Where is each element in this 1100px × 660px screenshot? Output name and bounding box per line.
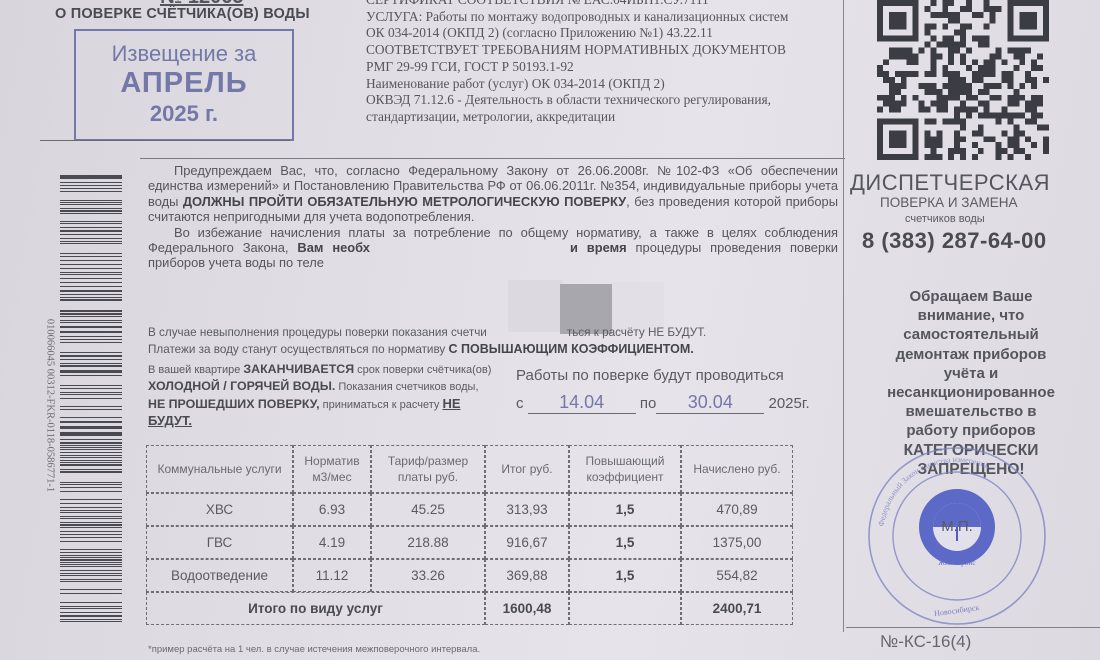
schedule-dates: с 14.04 по30.04 2025г.	[516, 392, 810, 414]
col-header: Начислено руб.	[681, 445, 793, 493]
cell-coefficient: 1,5	[569, 559, 681, 592]
qr-code-icon	[876, 0, 1050, 160]
col-header: Норматив м3/мес	[293, 445, 371, 493]
certificate-line: Наименование работ (услуг) ОК 034-2014 (…	[366, 76, 836, 93]
total-label: Итого по виду услуг	[146, 592, 485, 625]
dispatch-title: ДИСПЕТЧЕРСКАЯ	[850, 170, 1070, 196]
dispatch-subtitle: ПОВЕРКА И ЗАМЕНА	[880, 195, 1017, 210]
notice-emphasis: и время	[570, 240, 627, 255]
legal-notice: Предупреждаем Вас, что, согласно Федерал…	[148, 163, 838, 271]
cell-tariff: 218.88	[371, 526, 485, 559]
dispatch-subtitle-2: счетчиков воды	[905, 213, 985, 225]
warning-line: учёта и	[846, 364, 1096, 383]
schedule-year: 2025г.	[768, 395, 809, 412]
table-row: ГВС 4.19 218.88 916,67 1,5 1375,00	[146, 526, 793, 559]
notice-emphasis: НЕ ПРОШЕДШИХ ПОВЕРКУ,	[148, 397, 320, 411]
cell-charged: 554,82	[681, 559, 793, 592]
notice-text: срок поверки счётчика(ов)	[354, 364, 491, 376]
barcode-icon	[60, 175, 122, 625]
official-stamp-icon: ЖилСервис М.П. Федеральный Закон единств…	[866, 445, 1048, 627]
warning-line: Обращаем Ваше	[846, 287, 1096, 306]
col-header: Итог руб.	[485, 445, 569, 493]
certificate-line: стандартизации, метрологии, аккредитации	[366, 109, 836, 126]
notice-document: № 12065 О ПОВЕРКЕ СЧЁТЧИКА(ОВ) ВОДЫ Изве…	[0, 0, 1100, 660]
divider	[846, 627, 1100, 628]
table-header-row: Коммунальные услуги Норматив м3/мес Тари…	[146, 445, 793, 493]
dispatch-phone[interactable]: 8 (383) 287-64-00	[862, 228, 1047, 254]
certificate-line: ОК 034-2014 (ОКПД 2) (согласно Приложени…	[366, 25, 836, 42]
notice-period-box: Извещение за АПРЕЛЬ 2025 г.	[74, 29, 294, 141]
cell-service: Водоотведение	[146, 559, 293, 592]
schedule-label: Работы по поверке будут проводиться	[516, 367, 784, 384]
notice-text: В вашей квартире	[148, 364, 243, 376]
stamp-center: М.П.	[941, 518, 973, 535]
barcode-number: 010066045 00312-FKR-0118-0586771-1	[45, 286, 56, 526]
certificate-block: СЕРТИФИКАТ СООТВЕТСТВИЯ № ЕАС.04ИБН1.СУ.…	[366, 0, 836, 126]
notice-emphasis: ДОЛЖНЫ ПРОЙТИ ОБЯЗАТЕЛЬНУЮ МЕТРОЛОГИЧЕСК…	[183, 194, 626, 209]
footnote: *пример расчёта на 1 чел. в случае истеч…	[148, 644, 480, 655]
date-to-prefix: по	[640, 395, 656, 412]
certificate-line: СЕРТИФИКАТ СООТВЕТСТВИЯ № ЕАС.04ИБН1.СУ.…	[366, 0, 836, 9]
divider	[843, 0, 844, 632]
date-to-field: 30.04	[656, 392, 764, 414]
cell-norm: 4.19	[293, 526, 371, 559]
date-from-prefix: с	[516, 395, 524, 412]
divider	[40, 140, 290, 141]
penalty-notice: В случае невыполнения процедуры поверки …	[148, 325, 838, 358]
cell-norm: 6.93	[293, 493, 371, 526]
cell-service: ГВС	[146, 526, 293, 559]
cell-subtotal: 916,67	[485, 526, 569, 559]
stamp-city: Новосибирск	[934, 603, 980, 618]
cell-tariff: 45.25	[371, 493, 485, 526]
notice-emphasis: Вам необх	[297, 240, 370, 255]
certificate-line: СООТВЕТСТВУЕТ ТРЕБОВАНИЯМ НОРМАТИВНЫХ ДО…	[366, 42, 836, 59]
notice-period-label: Извещение за	[76, 41, 292, 67]
warning-line: несанкционированное	[846, 383, 1096, 402]
notice-text: ться к расчёту НЕ БУДУТ.	[567, 326, 706, 339]
total-charged: 2400,71	[681, 592, 793, 625]
cell-charged: 470,89	[681, 493, 793, 526]
warning-line: вмешательство в	[846, 402, 1096, 421]
cell-service: ХВС	[146, 493, 293, 526]
cell-subtotal: 369,88	[485, 559, 569, 592]
certificate-line: ОКВЭД 71.12.6 - Деятельность в области т…	[366, 92, 836, 109]
cell-norm: 11.12	[293, 559, 371, 592]
form-code: №-КС-16(4)	[880, 632, 971, 652]
warning-line: демонтаж приборов	[846, 345, 1096, 364]
total-coefficient	[569, 592, 681, 625]
warning-line: внимание, что	[846, 306, 1096, 325]
table-total-row: Итого по виду услуг 1600,48 2400,71	[146, 592, 793, 625]
cell-tariff: 33.26	[371, 559, 485, 592]
divider	[140, 158, 845, 159]
certificate-line: УСЛУГА: Работы по монтажу водопроводных …	[366, 9, 836, 26]
cell-coefficient: 1,5	[569, 526, 681, 559]
table-row: Водоотведение 11.12 33.26 369,88 1,5 554…	[146, 559, 793, 592]
notice-text: Платежи за воду станут осуществляться по…	[148, 343, 449, 356]
col-header: Тариф/размер платы руб.	[371, 445, 485, 493]
col-header: Повышающий коэффициент	[569, 445, 681, 493]
table-row: ХВС 6.93 45.25 313,93 1,5 470,89	[146, 493, 793, 526]
charges-table: Коммунальные услуги Норматив м3/мес Тари…	[146, 445, 793, 625]
notice-emphasis: С ПОВЫШАЮЩИМ КОЭФФИЦИЕНТОМ.	[449, 342, 694, 356]
stamp-org: ЖилСервис	[938, 558, 976, 567]
warning-line: самостоятельный	[846, 325, 1096, 344]
total-sum: 1600,48	[485, 592, 569, 625]
certificate-line: РМГ 29-99 ГСИ, ГОСТ Р 50193.1-92	[366, 59, 836, 76]
cell-subtotal: 313,93	[485, 493, 569, 526]
col-header: Коммунальные услуги	[146, 445, 293, 493]
notice-text: приниматься к расчету	[320, 399, 443, 411]
notice-subtitle: О ПОВЕРКЕ СЧЁТЧИКА(ОВ) ВОДЫ	[55, 6, 310, 22]
cell-coefficient: 1,5	[569, 493, 681, 526]
warning-line: работу приборов	[846, 421, 1096, 440]
notice-month: АПРЕЛЬ	[76, 67, 292, 100]
notice-emphasis: ЗАКАНЧИВАЕТСЯ	[243, 362, 354, 376]
notice-text: В случае невыполнения процедуры поверки …	[148, 326, 487, 339]
expiry-notice: В вашей квартире ЗАКАНЧИВАЕТСЯ срок пове…	[148, 361, 498, 430]
notice-emphasis: ХОЛОДНОЙ / ГОРЯЧЕЙ ВОДЫ.	[148, 379, 335, 393]
notice-text: Показания счетчиков воды,	[335, 381, 478, 393]
notice-year: 2025 г.	[76, 101, 292, 127]
date-from-field: 14.04	[528, 392, 636, 414]
cell-charged: 1375,00	[681, 526, 793, 559]
